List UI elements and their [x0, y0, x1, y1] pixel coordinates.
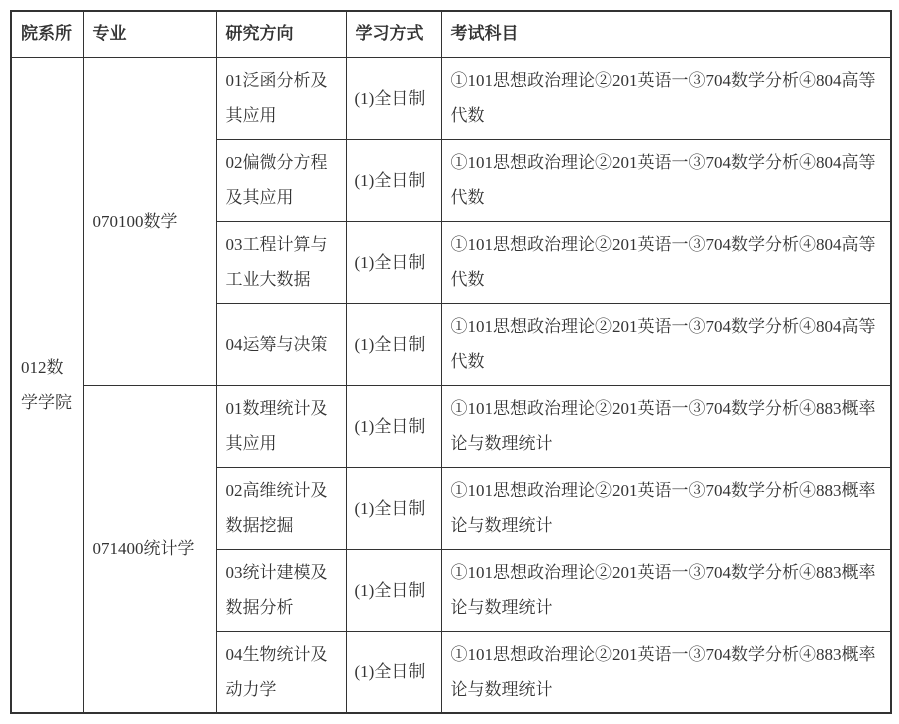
- study-mode-cell: (1)全日制: [346, 631, 441, 713]
- direction-cell: 01泛函分析及其应用: [216, 57, 346, 139]
- direction-cell: 02高维统计及数据挖掘: [216, 467, 346, 549]
- department-cell: 012数学学院: [11, 57, 83, 713]
- study-mode-cell: (1)全日制: [346, 467, 441, 549]
- study-mode-cell: (1)全日制: [346, 139, 441, 221]
- admissions-table: 院系所 专业 研究方向 学习方式 考试科目 012数学学院 070100数学 0…: [10, 10, 892, 714]
- study-mode-cell: (1)全日制: [346, 57, 441, 139]
- direction-cell: 04运筹与决策: [216, 303, 346, 385]
- study-mode-cell: (1)全日制: [346, 221, 441, 303]
- direction-cell: 04生物统计及动力学: [216, 631, 346, 713]
- direction-cell: 03工程计算与工业大数据: [216, 221, 346, 303]
- header-exam-subjects: 考试科目: [441, 11, 891, 57]
- table-row: 012数学学院 070100数学 01泛函分析及其应用 (1)全日制 ①101思…: [11, 57, 891, 139]
- subjects-cell: ①101思想政治理论②201英语一③704数学分析④883概率论与数理统计: [441, 385, 891, 467]
- subjects-cell: ①101思想政治理论②201英语一③704数学分析④883概率论与数理统计: [441, 631, 891, 713]
- subjects-cell: ①101思想政治理论②201英语一③704数学分析④883概率论与数理统计: [441, 549, 891, 631]
- header-department: 院系所: [11, 11, 83, 57]
- major-cell-statistics: 071400统计学: [83, 385, 216, 713]
- subjects-cell: ①101思想政治理论②201英语一③704数学分析④883概率论与数理统计: [441, 467, 891, 549]
- header-major: 专业: [83, 11, 216, 57]
- subjects-cell: ①101思想政治理论②201英语一③704数学分析④804高等代数: [441, 57, 891, 139]
- study-mode-cell: (1)全日制: [346, 549, 441, 631]
- major-cell-math: 070100数学: [83, 57, 216, 385]
- direction-cell: 03统计建模及数据分析: [216, 549, 346, 631]
- study-mode-cell: (1)全日制: [346, 303, 441, 385]
- subjects-cell: ①101思想政治理论②201英语一③704数学分析④804高等代数: [441, 303, 891, 385]
- header-row: 院系所 专业 研究方向 学习方式 考试科目: [11, 11, 891, 57]
- table-row: 071400统计学 01数理统计及其应用 (1)全日制 ①101思想政治理论②2…: [11, 385, 891, 467]
- subjects-cell: ①101思想政治理论②201英语一③704数学分析④804高等代数: [441, 139, 891, 221]
- header-study-mode: 学习方式: [346, 11, 441, 57]
- header-research-direction: 研究方向: [216, 11, 346, 57]
- study-mode-cell: (1)全日制: [346, 385, 441, 467]
- direction-cell: 01数理统计及其应用: [216, 385, 346, 467]
- subjects-cell: ①101思想政治理论②201英语一③704数学分析④804高等代数: [441, 221, 891, 303]
- direction-cell: 02偏微分方程及其应用: [216, 139, 346, 221]
